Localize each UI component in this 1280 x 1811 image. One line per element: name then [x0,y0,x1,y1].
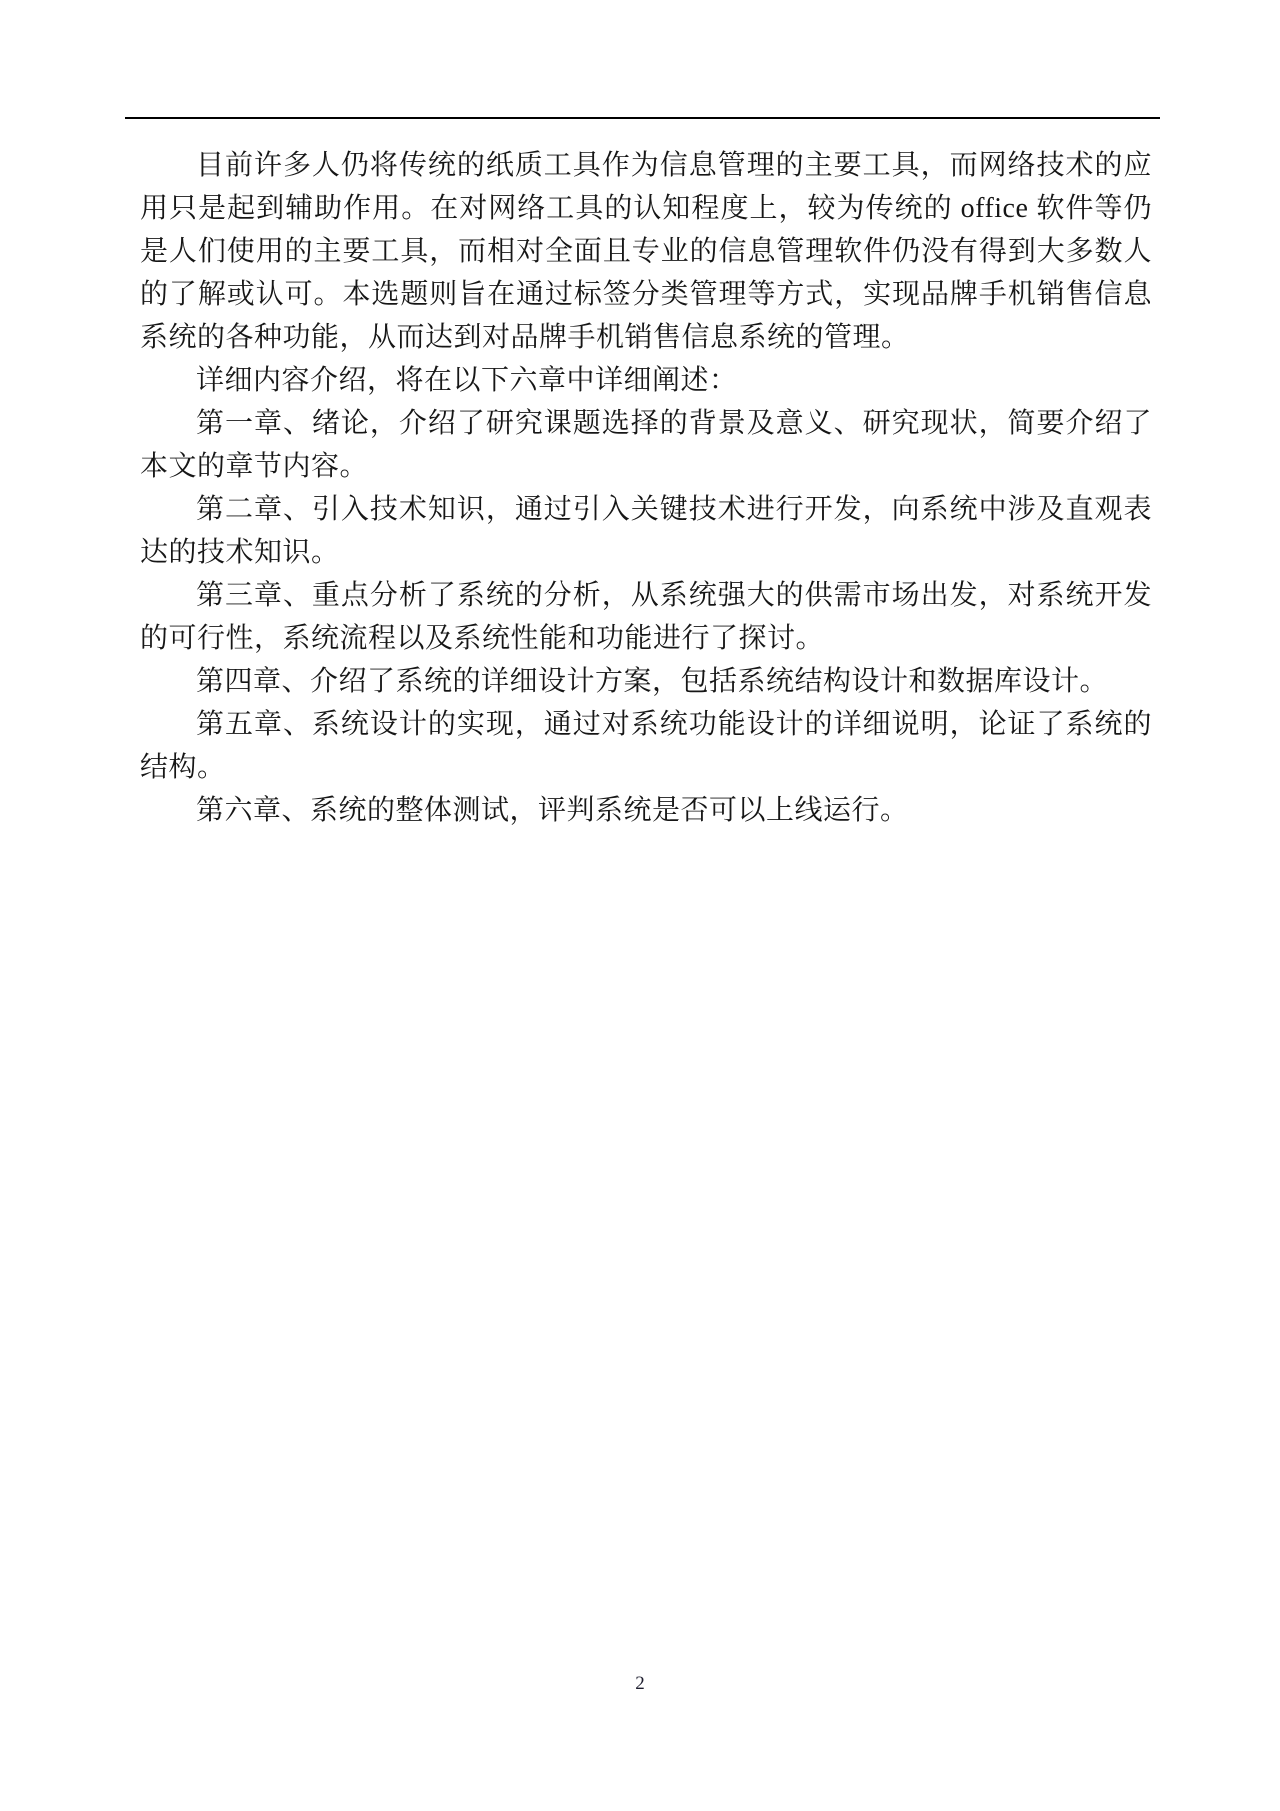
paragraph-chapter-3: 第三章、重点分析了系统的分析，从系统强大的供需市场出发，对系统开发的可行性，系统… [140,574,1152,660]
paragraph-chapter-1: 第一章、绪论，介绍了研究课题选择的背景及意义、研究现状，简要介绍了本文的章节内容… [140,402,1152,488]
paragraph-chapter-6: 第六章、系统的整体测试，评判系统是否可以上线运行。 [140,789,1152,832]
document-page: 目前许多人仍将传统的纸质工具作为信息管理的主要工具，而网络技术的应用只是起到辅助… [0,0,1280,1811]
page-number: 2 [0,1672,1280,1696]
paragraph-chapter-5: 第五章、系统设计的实现，通过对系统功能设计的详细说明，论证了系统的结构。 [140,703,1152,789]
paragraph-chapter-4: 第四章、介绍了系统的详细设计方案，包括系统结构设计和数据库设计。 [140,660,1152,703]
document-body: 目前许多人仍将传统的纸质工具作为信息管理的主要工具，而网络技术的应用只是起到辅助… [140,144,1152,832]
paragraph-chapter-overview: 详细内容介绍，将在以下六章中详细阐述： [140,359,1152,402]
header-rule-divider [125,117,1160,119]
paragraph-chapter-2: 第二章、引入技术知识，通过引入关键技术进行开发，向系统中涉及直观表达的技术知识。 [140,488,1152,574]
paragraph-intro: 目前许多人仍将传统的纸质工具作为信息管理的主要工具，而网络技术的应用只是起到辅助… [140,144,1152,359]
